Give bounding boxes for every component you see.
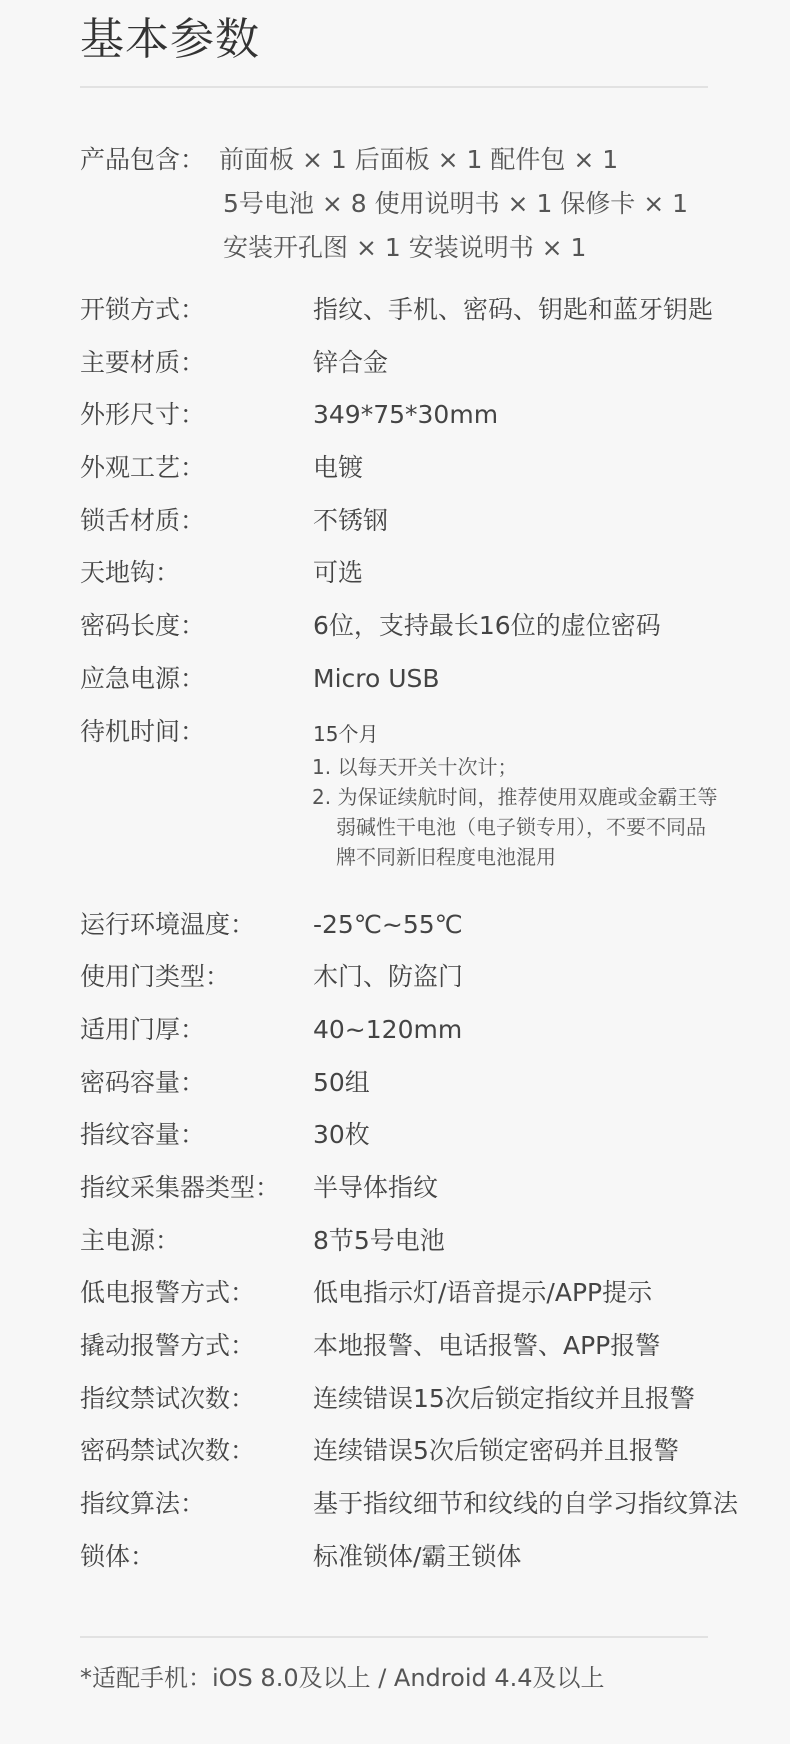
spec-label: 适用门厚： (80, 1006, 205, 1054)
spec-value: 不锈钢 (313, 497, 388, 545)
spec-label: 密码长度： (80, 602, 205, 650)
spec-row-standby: 待机时间： 15个月 1. 以每天开关十次计； 2. 为保证续航时间，推荐使用双… (80, 708, 790, 901)
spec-row: 锁舌材质： 不锈钢 (80, 497, 790, 550)
package-contents-line: 5号电池 × 8 使用说明书 × 1 保修卡 × 1 (219, 182, 688, 226)
spec-value: Micro USB (313, 655, 440, 703)
spec-row: 密码长度： 6位，支持最长16位的虚位密码 (80, 602, 790, 655)
spec-value: 低电指示灯/语音提示/APP提示 (313, 1269, 652, 1317)
spec-label: 密码容量： (80, 1059, 205, 1107)
package-contents-label: 产品包含： (80, 138, 205, 182)
spec-row: 指纹容量： 30枚 (80, 1111, 790, 1164)
spec-row: 外观工艺： 电镀 (80, 444, 790, 497)
spec-row: 使用门类型： 木门、防盗门 (80, 953, 790, 1006)
page-title: 基本参数 (80, 8, 260, 72)
spec-row: 指纹采集器类型： 半导体指纹 (80, 1164, 790, 1217)
spec-value: 锌合金 (313, 339, 388, 387)
spec-value: -25℃~55℃ (313, 901, 463, 949)
spec-label: 指纹禁试次数： (80, 1375, 255, 1423)
spec-row: 密码容量： 50组 (80, 1059, 790, 1112)
spec-row: 开锁方式： 指纹、手机、密码、钥匙和蓝牙钥匙 (80, 286, 790, 339)
spec-page: 基本参数 产品包含： 前面板 × 1 后面板 × 1 配件包 × 1 5号电池 … (0, 0, 790, 1744)
spec-row: 天地钩： 可选 (80, 549, 790, 602)
spec-label: 运行环境温度： (80, 901, 255, 949)
spec-label: 低电报警方式： (80, 1269, 255, 1317)
spec-row: 应急电源： Micro USB (80, 655, 790, 708)
standby-note-continued: 牌不同新旧程度电池混用 (312, 842, 717, 872)
spec-label: 密码禁试次数： (80, 1427, 255, 1475)
package-contents-line: 前面板 × 1 后面板 × 1 配件包 × 1 (219, 138, 688, 182)
spec-row: 指纹禁试次数： 连续错误15次后锁定指纹并且报警 (80, 1375, 790, 1428)
spec-value: 木门、防盗门 (313, 953, 463, 1001)
spec-row: 指纹算法： 基于指纹细节和纹线的自学习指纹算法 (80, 1480, 790, 1533)
spec-label: 指纹算法： (80, 1480, 205, 1528)
spec-value: 电镀 (313, 444, 363, 492)
package-contents-line: 安装开孔图 × 1 安装说明书 × 1 (219, 226, 688, 270)
spec-row: 外形尺寸： 349*75*30mm (80, 391, 790, 444)
spec-value: 30枚 (313, 1111, 370, 1159)
spec-label: 指纹容量： (80, 1111, 205, 1159)
spec-value: 15个月 (313, 712, 378, 756)
spec-value: 连续错误15次后锁定指纹并且报警 (313, 1375, 695, 1423)
spec-value: 6位，支持最长16位的虚位密码 (313, 602, 661, 650)
spec-label: 天地钩： (80, 549, 180, 597)
spec-label: 开锁方式： (80, 286, 205, 334)
spec-label: 外形尺寸： (80, 391, 205, 439)
spec-row: 运行环境温度： -25℃~55℃ (80, 901, 790, 954)
compatibility-note: *适配手机：iOS 8.0及以上 / Android 4.4及以上 (80, 1656, 605, 1700)
spec-row: 撬动报警方式： 本地报警、电话报警、APP报警 (80, 1322, 790, 1375)
spec-label: 指纹采集器类型： (80, 1164, 280, 1212)
spec-label: 主要材质： (80, 339, 205, 387)
spec-value: 半导体指纹 (313, 1164, 438, 1212)
spec-label: 应急电源： (80, 655, 205, 703)
spec-label: 主电源： (80, 1217, 180, 1265)
spec-value: 基于指纹细节和纹线的自学习指纹算法 (313, 1480, 738, 1528)
spec-label: 锁舌材质： (80, 497, 205, 545)
spec-label: 使用门类型： (80, 953, 230, 1001)
spec-label: 外观工艺： (80, 444, 205, 492)
standby-note-continued: 弱碱性干电池（电子锁专用），不要不同品 (312, 812, 717, 842)
spec-value: 连续错误5次后锁定密码并且报警 (313, 1427, 679, 1475)
title-divider (80, 86, 708, 88)
spec-value: 本地报警、电话报警、APP报警 (313, 1322, 660, 1370)
spec-value: 50组 (313, 1059, 370, 1107)
standby-note: 2. 为保证续航时间，推荐使用双鹿或金霸王等 (312, 782, 717, 812)
standby-notes: 1. 以每天开关十次计； 2. 为保证续航时间，推荐使用双鹿或金霸王等 弱碱性干… (312, 752, 717, 872)
spec-label: 锁体： (80, 1533, 155, 1581)
spec-value: 标准锁体/霸王锁体 (313, 1533, 521, 1581)
spec-value: 指纹、手机、密码、钥匙和蓝牙钥匙 (313, 286, 713, 334)
spec-row: 主要材质： 锌合金 (80, 339, 790, 392)
spec-row: 锁体： 标准锁体/霸王锁体 (80, 1533, 790, 1586)
package-contents-list: 前面板 × 1 后面板 × 1 配件包 × 1 5号电池 × 8 使用说明书 ×… (219, 138, 688, 270)
spec-row: 主电源： 8节5号电池 (80, 1217, 790, 1270)
spec-label: 待机时间： (80, 708, 205, 756)
spec-row: 密码禁试次数： 连续错误5次后锁定密码并且报警 (80, 1427, 790, 1480)
spec-value: 40~120mm (313, 1006, 462, 1054)
spec-value: 可选 (313, 549, 363, 597)
spec-row: 低电报警方式： 低电指示灯/语音提示/APP提示 (80, 1269, 790, 1322)
spec-table: 开锁方式： 指纹、手机、密码、钥匙和蓝牙钥匙 主要材质： 锌合金 外形尺寸： 3… (80, 286, 790, 1585)
standby-note: 1. 以每天开关十次计； (312, 752, 717, 782)
spec-row: 适用门厚： 40~120mm (80, 1006, 790, 1059)
footer-divider (80, 1636, 708, 1638)
spec-value: 8节5号电池 (313, 1217, 445, 1265)
spec-value: 349*75*30mm (313, 391, 498, 439)
spec-label: 撬动报警方式： (80, 1322, 255, 1370)
